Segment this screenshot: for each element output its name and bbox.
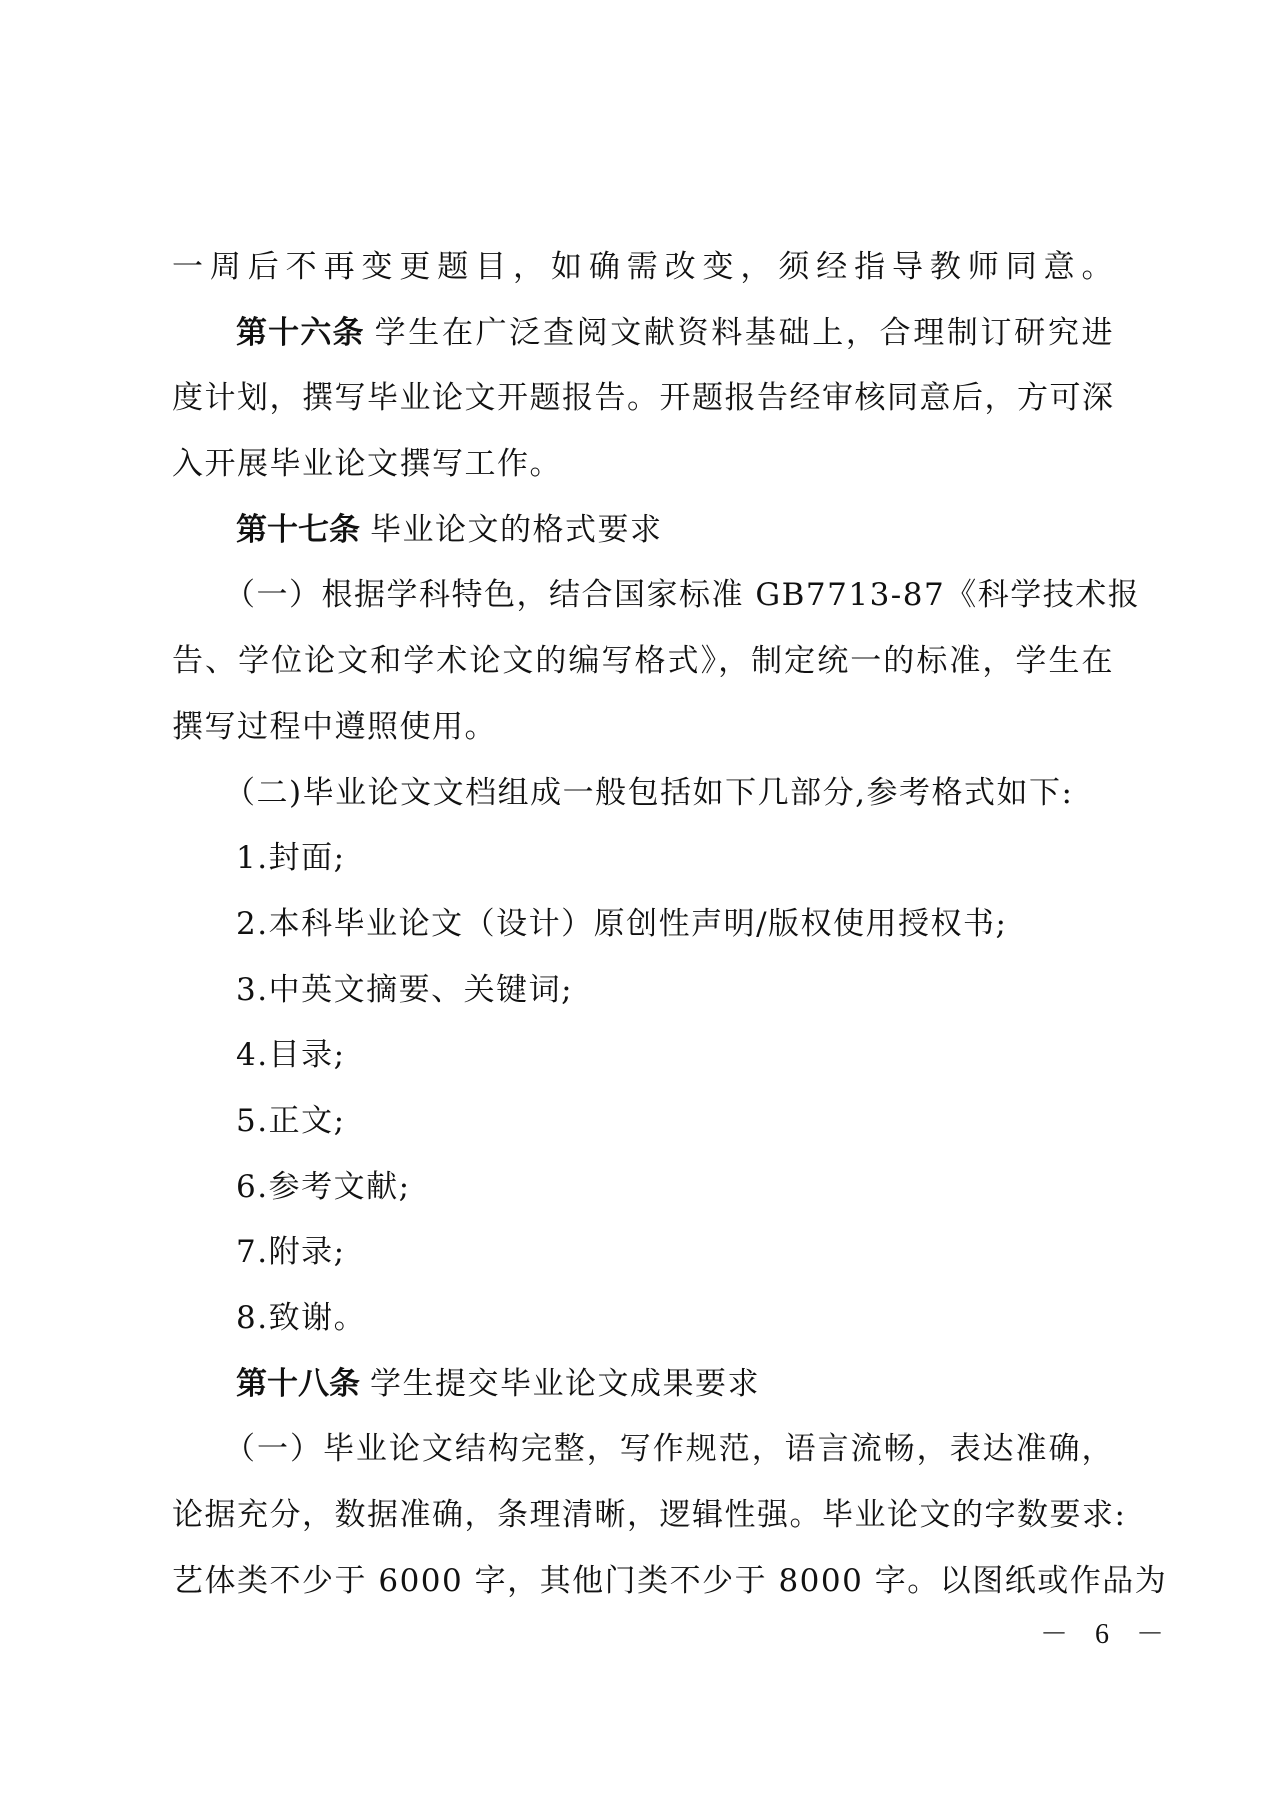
line-text: 入开展毕业论文撰写工作。 [172,446,562,482]
list-item: 6.参考文献; [172,1163,1114,1229]
article-label: 第十七条 [236,512,360,548]
line-text: 毕业论文的格式要求 [370,512,663,548]
list-item-text: 1.封面; [236,840,346,876]
line-text: 学生在广泛查阅文献资料基础上，合理制订研究进 [375,315,1114,351]
list-item-text: 5.正文; [236,1103,346,1139]
paragraph-line: 艺体类不少于 6000 字，其他门类不少于 8000 字。以图纸或作品为 [172,1557,1114,1623]
paragraph-line: （二)毕业论文文档组成一般包括如下几部分,参考格式如下: [172,769,1114,835]
line-text: 告、学位论文和学术论文的编写格式》，制定统一的标准，学生在 [172,643,1114,679]
line-text: 一周后不再变更题目，如确需改变，须经指导教师同意。 [172,249,1114,285]
line-text: 学生提交毕业论文成果要求 [370,1366,760,1402]
list-item: 8.致谢。 [172,1294,1114,1360]
list-item: 1.封面; [172,834,1114,900]
article-17-heading-line: 第十七条毕业论文的格式要求 [172,506,1114,572]
paragraph-line: 告、学位论文和学术论文的编写格式》，制定统一的标准，学生在 [172,637,1114,703]
paragraph-line: 度计划，撰写毕业论文开题报告。开题报告经审核同意后，方可深 [172,374,1114,440]
paragraph-line: 论据充分，数据准确，条理清晰，逻辑性强。毕业论文的字数要求: [172,1491,1114,1557]
list-item: 4.目录; [172,1031,1114,1097]
line-text: （二)毕业论文文档组成一般包括如下几部分,参考格式如下: [224,775,1073,811]
line-text: 论据充分，数据准确，条理清晰，逻辑性强。毕业论文的字数要求: [172,1497,1126,1533]
list-item: 3.中英文摘要、关键词; [172,966,1114,1032]
page-number: － 6 － [1040,1612,1174,1652]
line-text: 撰写过程中遵照使用。 [172,709,497,745]
line-text: 度计划，撰写毕业论文开题报告。开题报告经审核同意后，方可深 [172,380,1115,416]
line-text: （一）根据学科特色，结合国家标准 GB7713-87《科学技术报 [224,577,1140,613]
list-item-text: 7.附录; [236,1234,346,1270]
article-16-heading-line: 第十六条学生在广泛查阅文献资料基础上，合理制订研究进 [172,309,1114,375]
paragraph-line: 入开展毕业论文撰写工作。 [172,440,1114,506]
list-item: 5.正文; [172,1097,1114,1163]
article-label: 第十六条 [236,315,365,351]
list-item-text: 2.本科毕业论文（设计）原创性声明/版权使用授权书; [236,906,1007,942]
list-item-text: 6.参考文献; [236,1169,411,1205]
paragraph-line: （一）根据学科特色，结合国家标准 GB7713-87《科学技术报 [172,571,1114,637]
line-text: 艺体类不少于 6000 字，其他门类不少于 8000 字。以图纸或作品为 [172,1563,1167,1599]
list-item-text: 3.中英文摘要、关键词; [236,972,573,1008]
article-18-heading-line: 第十八条学生提交毕业论文成果要求 [172,1360,1114,1426]
document-page: 一周后不再变更题目，如确需改变，须经指导教师同意。 第十六条学生在广泛查阅文献资… [172,243,1114,1622]
paragraph-line: 撰写过程中遵照使用。 [172,703,1114,769]
list-item: 7.附录; [172,1228,1114,1294]
line-text: （一）毕业论文结构完整，写作规范，语言流畅，表达准确， [224,1431,1114,1467]
article-label: 第十八条 [236,1366,360,1402]
paragraph-line: 一周后不再变更题目，如确需改变，须经指导教师同意。 [172,243,1114,309]
list-item-text: 8.致谢。 [236,1300,366,1336]
paragraph-line: （一）毕业论文结构完整，写作规范，语言流畅，表达准确， [172,1425,1114,1491]
list-item-text: 4.目录; [236,1037,346,1073]
list-item: 2.本科毕业论文（设计）原创性声明/版权使用授权书; [172,900,1114,966]
